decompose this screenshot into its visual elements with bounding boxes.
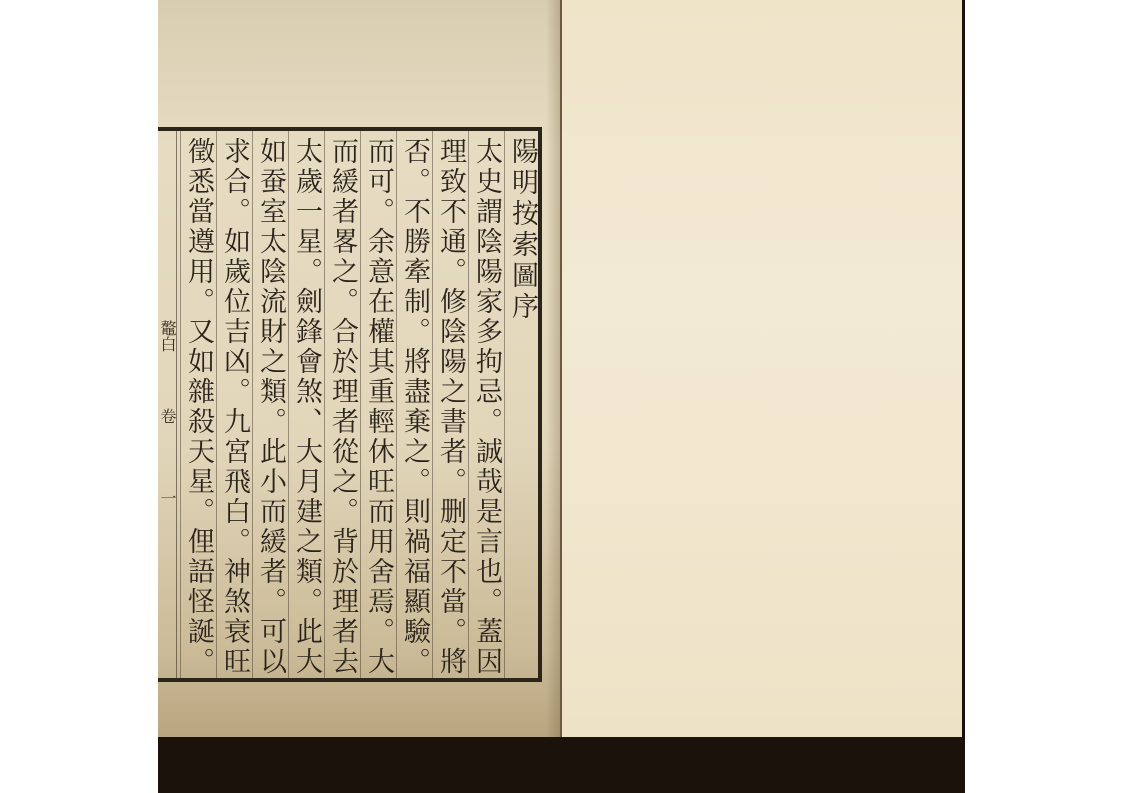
book-gutter (560, 0, 562, 737)
text-column-1: 太史謂陰陽家多拘忌。誠哉是言也。蓋因習陰陽之學者。 (468, 131, 504, 678)
right-blank-page (562, 0, 962, 737)
banxin-page-number: 一 (158, 490, 176, 506)
text-column-4: 而可。余意在權其重輕休旺而用舍焉。大而緊者避之。小 (360, 131, 396, 678)
text-column-7: 如蚕室太陰流財之類。此小而緩者。可以畧去。不必一一 (252, 131, 288, 678)
text-column-6: 太歲一星。劍鋒會煞、大月建之類。此大而緊者。所當避忌。 (288, 131, 324, 678)
banxin-margin (158, 131, 177, 678)
text-column-2: 理致不通。修陰陽之書者。删定不當。將盡從之。則彼此可 (432, 131, 468, 678)
text-column-5: 而緩者畧之。合於理者從之。背於理者去之。如斯而已。如 (324, 131, 360, 678)
banxin-juan: 卷 (158, 408, 176, 424)
text-column-9: 徵悉當遵用。又如雜殺天星。俚語怪誕。杜撰條例。愚弄聾 (180, 131, 216, 678)
preface-title: 陽明按索圖序 (504, 131, 540, 678)
text-column-3: 否。不勝牽制。將盡棄之。則禍福顯驗。有不可誣。然則奚爲 (396, 131, 432, 678)
banxin-title: 鼇白 (158, 320, 176, 352)
text-column-8: 求合。如歲位吉凶。九宮飛白。神煞衰旺。弔宮刑尅。旨意立 (216, 131, 252, 678)
